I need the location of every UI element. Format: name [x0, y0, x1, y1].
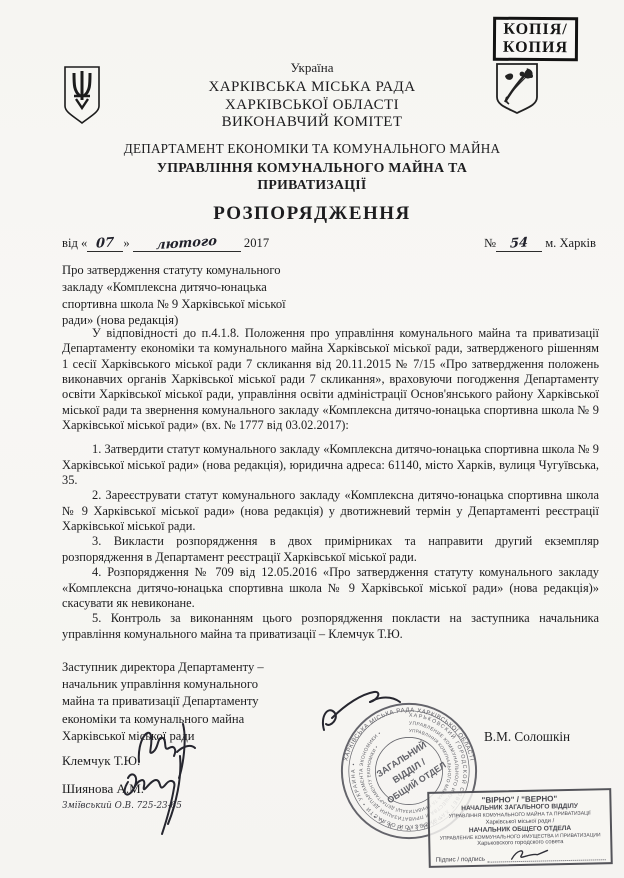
copy-stamp-line2: КОПИЯ: [503, 39, 568, 57]
document-page: КОПІЯ/ КОПИЯ Україна ХАРКІВСЬКА МІСЬКА Р…: [0, 0, 624, 878]
department-block: ДЕПАРТАМЕНТ ЕКОНОМІКИ ТА КОМУНАЛЬНОГО МА…: [0, 141, 624, 193]
date-suffix: »: [123, 236, 129, 250]
item-4: 4. Розпорядження № 709 від 12.05.2016 «П…: [62, 565, 599, 611]
copy-stamp-line1: КОПІЯ/: [503, 21, 568, 39]
dateline-left: від «07» лютого 2017: [62, 236, 269, 252]
country-line: Україна: [0, 60, 624, 76]
date-month-handwritten: лютого: [156, 234, 217, 253]
verify-stamp-signature-row: Підпис / подпись: [433, 848, 607, 864]
document-title: РОЗПОРЯДЖЕННЯ: [0, 203, 624, 225]
item-1: 1. Затвердити статут комунального заклад…: [62, 442, 599, 488]
letterhead: Україна ХАРКІВСЬКА МІСЬКА РАДА ХАРКІВСЬК…: [0, 60, 624, 132]
number-handwritten: 54: [510, 235, 529, 251]
verify-stamp-sign-label: Підпис / подпись: [436, 856, 486, 864]
date-day-blank: 07: [87, 236, 123, 252]
item-2: 2. Зареєструвати статут комунального зак…: [62, 488, 599, 534]
org-line-3: ВИКОНАВЧИЙ КОМІТЕТ: [0, 114, 624, 132]
city-label: м. Харків: [545, 236, 596, 250]
org-line-2: ХАРКІВСЬКОЇ ОБЛАСТІ: [0, 97, 624, 115]
number-label: №: [484, 236, 496, 250]
verify-stamp-sign-line: [488, 848, 606, 862]
item-5: 5. Контроль за виконанням цього розпоряд…: [62, 611, 599, 642]
position-line: Заступник директора Департаменту –: [62, 659, 322, 676]
department-line: ДЕПАРТАМЕНТ ЕКОНОМІКИ ТА КОМУНАЛЬНОГО МА…: [0, 141, 624, 157]
number-blank: 54: [496, 236, 542, 252]
subject-line: спортивна школа № 9 Харківської міської: [62, 296, 372, 313]
subject-line: закладу «Комплексна дитячо-юнацька: [62, 279, 372, 296]
subject-line: Про затвердження статуту комунального: [62, 262, 372, 279]
body-text: У відповідності до п.4.1.8. Положення пр…: [62, 326, 599, 642]
verify-stamp: "ВІРНО" / "ВЕРНО" НАЧАЛЬНИК ЗАГАЛЬНОГО В…: [427, 788, 613, 868]
date-prefix: від «: [62, 236, 87, 250]
division-line-1: УПРАВЛІННЯ КОМУНАЛЬНОГО МАЙНА ТА: [0, 160, 624, 177]
division-line-2: ПРИВАТИЗАЦІЇ: [0, 177, 624, 194]
dateline: від «07» лютого 2017 №54 м. Харків: [62, 236, 596, 252]
signature-shiyanova: [118, 752, 213, 837]
date-month-blank: лютого: [133, 236, 241, 252]
position-line: майна та приватизації Департаменту: [62, 693, 322, 710]
subject-block: Про затвердження статуту комунального за…: [62, 262, 372, 329]
org-line-1: ХАРКІВСЬКА МІСЬКА РАДА: [0, 79, 624, 97]
intro-paragraph: У відповідності до п.4.1.8. Положення пр…: [62, 326, 599, 433]
position-line: начальник управління комунального: [62, 676, 322, 693]
ordered-items: 1. Затвердити статут комунального заклад…: [62, 442, 599, 641]
date-day-handwritten: 07: [96, 235, 115, 251]
dateline-right: №54 м. Харків: [484, 236, 596, 252]
signer-name: В.М. Солошкін: [484, 729, 570, 745]
copy-stamp: КОПІЯ/ КОПИЯ: [493, 17, 578, 62]
date-year: 2017: [244, 236, 269, 250]
verify-stamp-signature: [510, 846, 552, 863]
item-3: 3. Викласти розпорядження в двох примірн…: [62, 534, 599, 565]
